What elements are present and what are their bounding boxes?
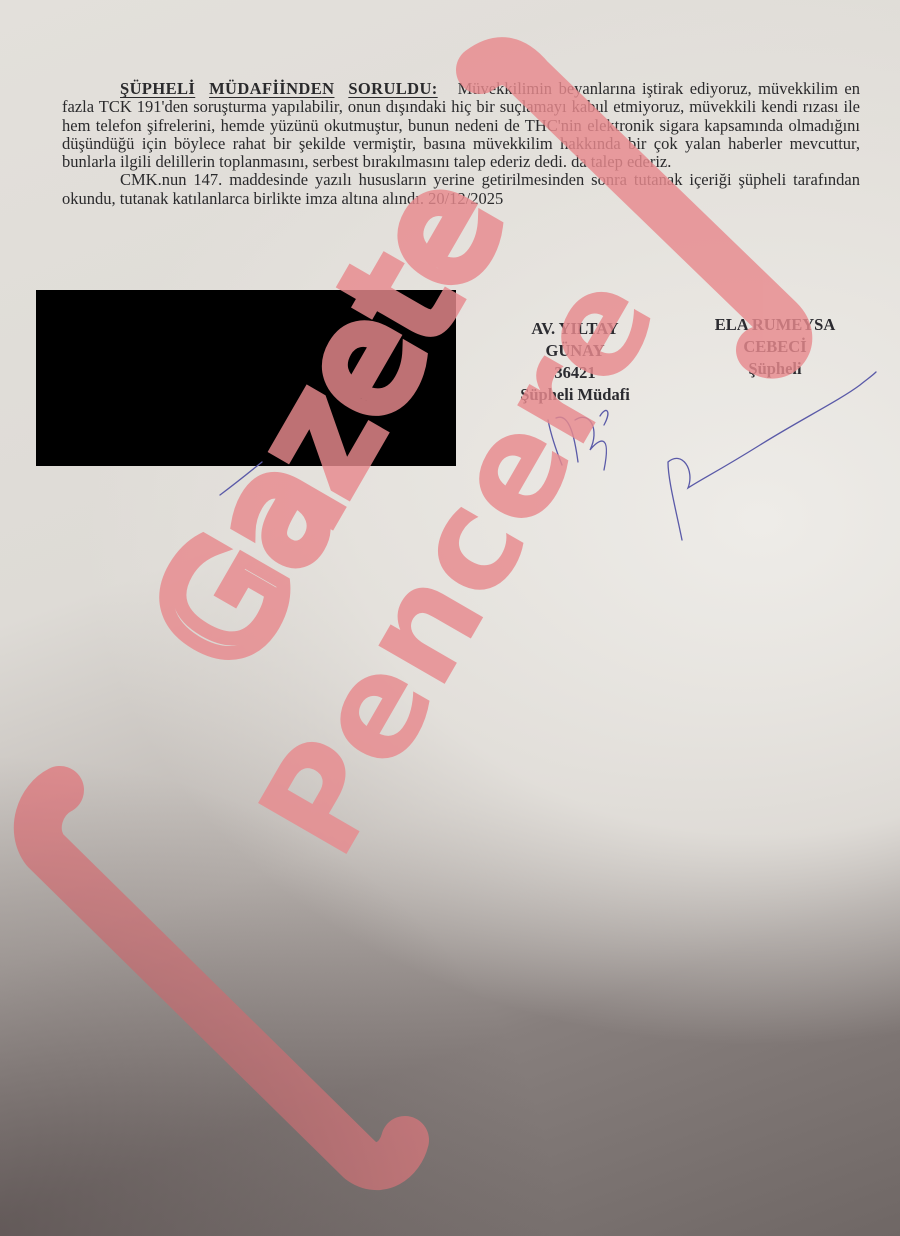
lawyer-bar-number: 36421	[500, 362, 650, 384]
suspect-signature-block: ELA RUMEYSA CEBECİ Şüpheli	[690, 314, 860, 380]
defense-statement: ŞÜPHELİ MÜDAFİİNDEN SORULDU: Müvekkilimi…	[62, 80, 860, 171]
redaction-block	[36, 290, 456, 466]
suspect-role: Şüpheli	[690, 358, 860, 380]
lawyer-name-line2: GÜNAY	[500, 340, 650, 362]
suspect-name-line1: ELA RUMEYSA	[690, 314, 860, 336]
lawyer-signature-block: AV. YILTAY GÜNAY 36421 Şüpheli Müdafi	[500, 318, 650, 406]
paragraph-2-text: CMK.nun 147. maddesinde yazılı hususları…	[62, 171, 860, 208]
document-body: ŞÜPHELİ MÜDAFİİNDEN SORULDU: Müvekkilimi…	[62, 80, 860, 208]
suspect-name-line2: CEBECİ	[690, 336, 860, 358]
section-heading: ŞÜPHELİ MÜDAFİİNDEN SORULDU:	[120, 79, 445, 98]
lawyer-name-line1: AV. YILTAY	[500, 318, 650, 340]
lawyer-role: Şüpheli Müdafi	[500, 384, 650, 406]
